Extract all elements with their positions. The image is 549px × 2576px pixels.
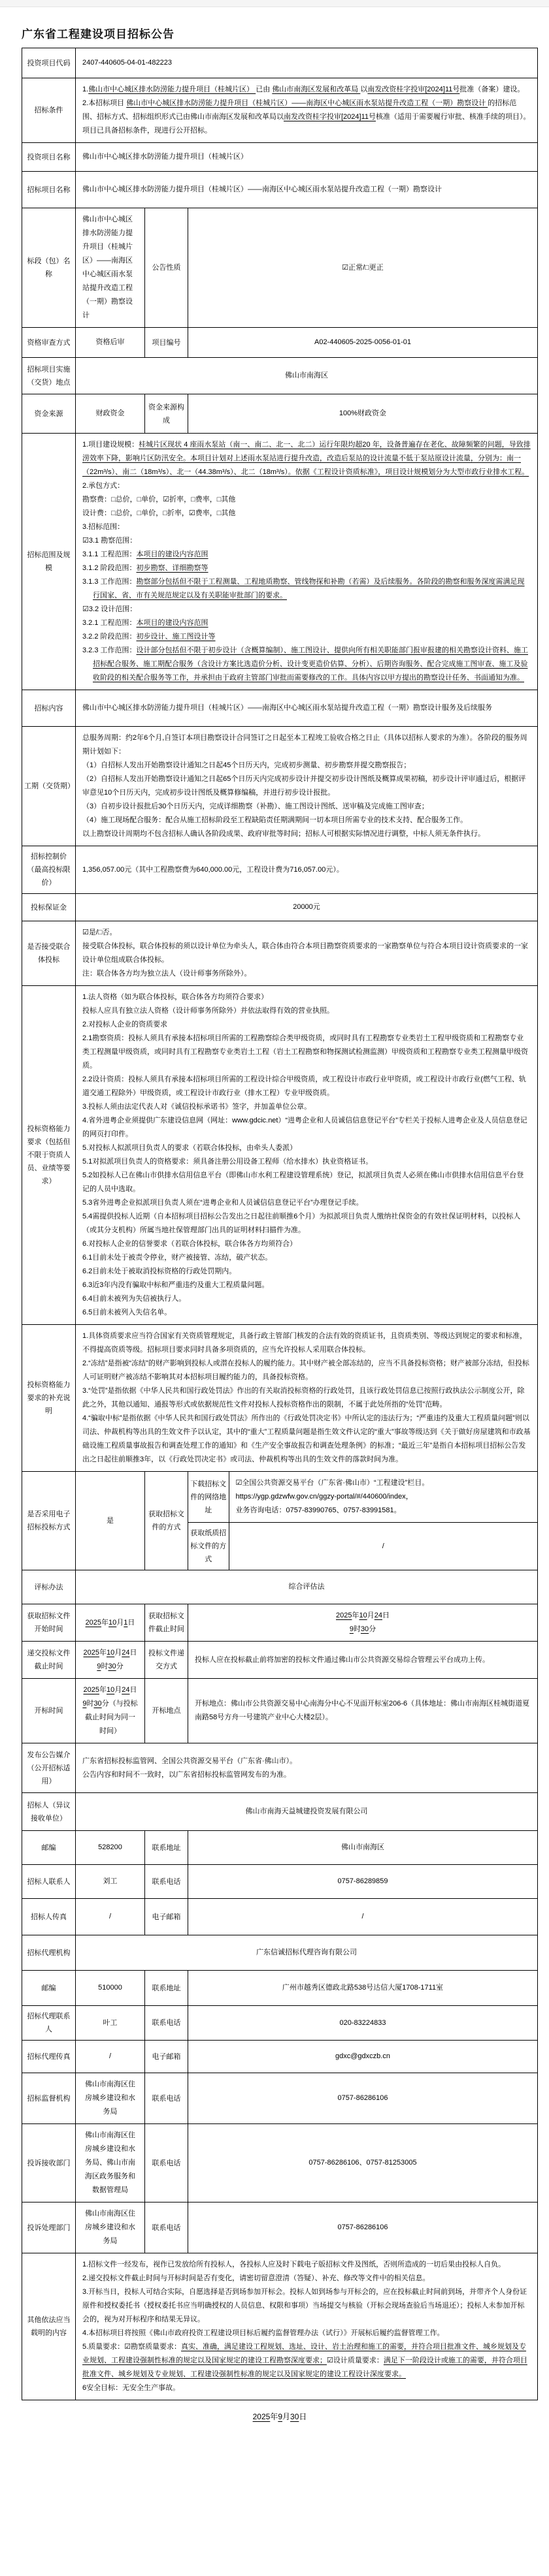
field-label: 是否采用电子招标投标方式 bbox=[22, 1472, 76, 1570]
paragraph: 3.2.3 工作范围：设计部分包括但不限于初步设计（含概算编制）、施工图设计、提… bbox=[82, 644, 531, 685]
paragraph: 6.4目前未被列为失信被执行人。 bbox=[82, 1292, 531, 1306]
inner-table: 下载招标文件的网络地址☑全国公共资源交易平台（广东省·佛山市）“工程建设”栏目。… bbox=[188, 1472, 537, 1570]
paragraph: 5.1对拟派项目负责人的资格要求：须具备注册公用设备工程师（给水排水）执业资格证… bbox=[82, 1155, 531, 1169]
field-label: 投诉处理部门 bbox=[22, 2202, 76, 2253]
field-label: 发布公告媒介（公开招标适用） bbox=[22, 1743, 76, 1793]
field-value: 1.法人资格（如为联合体投标，联合体各方均须符合要求）投标人应具有独立法人资格（… bbox=[76, 986, 538, 1325]
row-bid-bond: 投标保证金20000元 bbox=[22, 894, 538, 921]
paragraph: 4.本招标项目将按照《佛山市政府投资工程建设项目标后履约监督管理办法（试行）》开… bbox=[82, 2327, 531, 2340]
paragraph: 2.递交投标文件截止时间与开标时间是否有变化，请密切留意澄清（答疑）、补充、修改… bbox=[82, 2272, 531, 2285]
paragraph: 3.招标范围： bbox=[82, 520, 531, 534]
field-value: 020-83224833 bbox=[188, 2006, 538, 2041]
field-value: ☑正常/□更正 bbox=[188, 208, 538, 328]
field-value: 1.招标文件一经发布，视作已发放给所有投标人，各投标人应及时下载电子版招标文件及… bbox=[76, 2253, 538, 2400]
field-value: ☑是/□否。接受联合体投标，联合体投标的须以设计单位为牵头人，联合体由符合本项目… bbox=[76, 921, 538, 986]
paragraph: 5.3省外进粤企业拟派项目负责人须在“进粤企业和人员诚信信息登记平台”办理登记手… bbox=[82, 1196, 531, 1210]
field-value: 佛山市南海区 bbox=[76, 358, 538, 394]
paragraph: 2.对投标人企业的资质要求 bbox=[82, 1018, 531, 1032]
field-value: 是 bbox=[76, 1472, 145, 1570]
field-value: 总服务周期：约2年6个月,自签订本项目勘察设计合同签订之日起至本工程竣工验收合格… bbox=[76, 727, 538, 846]
field-value: ☑全国公共资源交易平台（广东省·佛山市）“工程建设”栏目。https://ygp… bbox=[229, 1472, 537, 1523]
field-value: 开标地点：佛山市公共资源交易中心南海分中心不见面开标室206-6（具体地址：佛山… bbox=[188, 1679, 538, 1743]
paragraph: 6.5目前未被列入失信名单。 bbox=[82, 1306, 531, 1320]
field-label: 获取纸质招标文件的方式 bbox=[188, 1523, 229, 1570]
field-value: 叶工 bbox=[76, 2006, 145, 2041]
paragraph: 资格后审 bbox=[82, 336, 138, 349]
paragraph: 设计费：□总价，□单价，□折率，☑费率，□其他 bbox=[82, 507, 531, 520]
paragraph: 2.1勘察资质：投标人须具有承接本招标项目所需的工程勘察综合类甲级资质，或同时具… bbox=[82, 1032, 531, 1073]
row-qualification-supplement: 投标资格能力要求的补充说明1.具体资质要求应当符合国家有关资质管理规定，具备行政… bbox=[22, 1325, 538, 1472]
field-label: 邮编 bbox=[22, 1971, 76, 2006]
paragraph: gdxc@gdxczb.cn bbox=[195, 2050, 531, 2063]
paragraph: 广东信诚招标代理咨询有限公司 bbox=[82, 1946, 531, 1960]
field-value: 佛山市中心城区排水防涝能力提升项目（桂城片区）——南海区中心城区雨水泵站提升改造… bbox=[76, 690, 538, 727]
field-label: 招标代理联系人 bbox=[22, 2006, 76, 2041]
paragraph: 广州市越秀区德政北路538号达信大厦1708-1711室 bbox=[195, 1981, 531, 1995]
field-value: 佛山市中心城区排水防涝能力提升项目（桂城片区） bbox=[76, 143, 538, 172]
row-tender-project-name: 招标项目名称佛山市中心城区排水防涝能力提升项目（桂城片区）——南海区中心城区雨水… bbox=[22, 172, 538, 208]
field-label: 招标项目实施（交货）地点 bbox=[22, 358, 76, 394]
paragraph: / bbox=[82, 2050, 138, 2063]
paragraph: / bbox=[236, 1540, 531, 1553]
paragraph: 6安全目标：无安全生产事故。 bbox=[82, 2381, 531, 2395]
row-qualification-requirements: 投标资格能力要求（包括但不限于资质人员、业绩等要求）1.法人资格（如为联合体投标… bbox=[22, 986, 538, 1325]
field-value: 528200 bbox=[76, 1831, 145, 1865]
paragraph: 100%财政资金 bbox=[195, 407, 531, 421]
field-value: 综合评估法 bbox=[76, 1570, 538, 1604]
field-value: 佛山市南海区 bbox=[188, 1831, 538, 1865]
field-value: 广东信诚招标代理咨询有限公司 bbox=[76, 1935, 538, 1971]
field-value: 2025年10月24日9时30分（与投标截止时间为同一时间） bbox=[76, 1679, 145, 1743]
paragraph: 9时30分 bbox=[195, 1623, 531, 1636]
field-label: 投诉接收部门 bbox=[22, 2124, 76, 2202]
paragraph: 投标人应具有独立法人资格（设计师事务所除外）并依法取得有效的营业执照。 bbox=[82, 1004, 531, 1018]
paragraph: 2.“冻结”是指被“冻结”的财产影响到投标人或潜在投标人的履约能力。其中财产被全… bbox=[82, 1357, 531, 1384]
paragraph: 5.4需提供投标人近期（自本招标项目招标公告发出之日起往前顺推6个月）为拟派项目… bbox=[82, 1210, 531, 1237]
field-label: 招标内容 bbox=[22, 690, 76, 727]
field-label: 投资项目名称 bbox=[22, 143, 76, 172]
field-label: 招标监督机构 bbox=[22, 2073, 76, 2124]
paragraph: 刘工 bbox=[82, 1875, 138, 1888]
field-label: 递交投标文件截止时间 bbox=[22, 1642, 76, 1679]
field-label: 电子邮箱 bbox=[145, 2041, 188, 2073]
paragraph: 佛山市中心城区排水防涝能力提升项目（桂城片区）——南海区中心城区雨水泵站提升改造… bbox=[82, 701, 531, 715]
field-value: 1.项目建设规模：桂城片区现状 4 座雨水泵站（南一、南二、北一、北二）运行年限… bbox=[76, 434, 538, 690]
paragraph: 1,356,057.00元（其中工程勘察费为640,000.00元，工程设计费为… bbox=[82, 863, 531, 877]
paragraph: （4）施工现场配合服务：配合从施工招标阶段至工程缺陷责任期满期间一切本项目所需专… bbox=[82, 814, 531, 827]
paragraph: 投标人应在投标截止前将加密的投标文件通过佛山市公共资源交易综合管理云平台成功上传… bbox=[195, 1653, 531, 1667]
paragraph: 1.项目建设规模：桂城片区现状 4 座雨水泵站（南一、南二、北一、北二）运行年限… bbox=[82, 438, 531, 479]
paragraph: 以上勘察设计周期均不包含招标人确认各阶段成果、政府审批等时间；招标人可根据实际情… bbox=[82, 827, 531, 841]
paragraph: 叶工 bbox=[82, 2016, 138, 2030]
paragraph: 9时30分 bbox=[82, 1660, 138, 1674]
paragraph: 接受联合体投标，联合体投标的须以设计单位为牵头人，联合体由符合本项目勘察资质要求… bbox=[82, 940, 531, 967]
paragraph: 是 bbox=[82, 1514, 138, 1528]
field-label: 电子邮箱 bbox=[145, 1899, 188, 1935]
row-tenderer-postcode: 邮编528200联系地址佛山市南海区 bbox=[22, 1831, 538, 1865]
field-value: 2407-440605-04-01-482223 bbox=[76, 48, 538, 78]
paragraph: https://ygp.gdzwfw.gov.cn/ggzy-portal/#/… bbox=[236, 1490, 531, 1504]
paragraph: 6.3近3年内没有骗取中标和严重违约及重大工程质量问题。 bbox=[82, 1279, 531, 1292]
paragraph: 2025年10月24日 bbox=[82, 1646, 138, 1660]
paragraph: 510000 bbox=[82, 1981, 138, 1995]
field-label: 联系地址 bbox=[145, 1831, 188, 1865]
row-tenderer-contact: 招标人联系人刘工联系电话0757-86289859 bbox=[22, 1865, 538, 1899]
paragraph: 3.2.2 阶段范围：初步设计、施工图设计等 bbox=[82, 630, 531, 644]
paragraph: 3.1.2 阶段范围：初步勘察、详细勘察等 bbox=[82, 562, 531, 575]
field-value: / bbox=[76, 1899, 145, 1935]
field-value: 广州市越秀区德政北路538号达信大厦1708-1711室 bbox=[188, 1971, 538, 2006]
paragraph: 佛山市南海区住房城乡建设和水务局 bbox=[82, 2207, 138, 2248]
paragraph: ☑3.1 勘察范围： bbox=[82, 534, 531, 548]
field-value: 1,356,057.00元（其中工程勘察费为640,000.00元，工程设计费为… bbox=[76, 846, 538, 894]
field-label: 邮编 bbox=[22, 1831, 76, 1865]
paragraph: 5.对投标人拟派项目负责人的要求（若联合体投标，由牵头人委派） bbox=[82, 1141, 531, 1155]
paragraph: 综合评估法 bbox=[82, 1580, 531, 1594]
row-evaluation-method: 评标办法综合评估法 bbox=[22, 1570, 538, 1604]
field-label: 招标条件 bbox=[22, 78, 76, 143]
field-label: 联系电话 bbox=[145, 1865, 188, 1899]
paragraph: 2025年10月24日 bbox=[82, 1683, 138, 1697]
paragraph: 佛山市中心城区排水防涝能力提升项目（桂城片区）——南海区中心城区雨水泵站提升改造… bbox=[82, 183, 531, 197]
paragraph: 0757-86286106 bbox=[195, 2091, 531, 2105]
field-value: 广东省招标投标监管网、全国公共资源交易平台（广东省·佛山市）。公告内容和时间不一… bbox=[76, 1743, 538, 1793]
field-label: 获取招标文件截止时间 bbox=[145, 1604, 188, 1642]
page-title: 广东省工程建设项目招标公告 bbox=[22, 25, 549, 41]
row-supervision: 招标监督机构佛山市南海区住房城乡建设和水务局联系电话0757-86286106 bbox=[22, 2073, 538, 2124]
paragraph: 佛山市中心城区排水防涝能力提升项目（桂城片区） bbox=[82, 150, 531, 164]
field-label: 公告性质 bbox=[145, 208, 188, 328]
paragraph: 佛山市南海区 bbox=[195, 1841, 531, 1854]
paragraph: 佛山市南海区 bbox=[82, 369, 531, 383]
paragraph: / bbox=[82, 1910, 138, 1924]
field-label: 联系电话 bbox=[145, 2124, 188, 2202]
field-label: 资格审查方式 bbox=[22, 328, 76, 358]
paragraph: 勘察费：□总价，□单价，☑折率，□费率，□其他 bbox=[82, 493, 531, 507]
field-label: 招标控制价（最高投标限价） bbox=[22, 846, 76, 894]
paragraph: 1.佛山市中心城区排水防涝能力提升项目（桂城片区） 已由 佛山市南海区发展和改革… bbox=[82, 83, 531, 97]
field-value: 资格后审 bbox=[76, 328, 145, 358]
paragraph: 3.1.3 工作范围：勘察部分包括但不限于工程测量、工程地质勘察、管线物探和补勘… bbox=[82, 575, 531, 603]
paragraph: 2.2设计资质：投标人须具有承接本招标项目所需的工程设计综合甲级资质，或工程设计… bbox=[82, 1073, 531, 1100]
row-tender-conditions: 招标条件1.佛山市中心城区排水防涝能力提升项目（桂城片区） 已由 佛山市南海区发… bbox=[22, 78, 538, 143]
field-label: 投标保证金 bbox=[22, 894, 76, 921]
field-label: 招标代理机构 bbox=[22, 1935, 76, 1971]
paragraph: 佛山市南海区住房城乡建设和水务局、佛山市南海区政务服务和数据管理局 bbox=[82, 2129, 138, 2197]
field-label: 项目编号 bbox=[145, 328, 188, 358]
field-value: 刘工 bbox=[76, 1865, 145, 1899]
field-value: A02-440605-2025-0056-01-01 bbox=[188, 328, 538, 358]
row-delivery-location: 招标项目实施（交货）地点佛山市南海区 bbox=[22, 358, 538, 394]
field-value: / bbox=[76, 2041, 145, 2073]
field-value: / bbox=[229, 1523, 537, 1570]
field-label: 开标地点 bbox=[145, 1679, 188, 1743]
field-label: 评标办法 bbox=[22, 1570, 76, 1604]
field-label: 联系电话 bbox=[145, 2073, 188, 2124]
field-label: 招标人联系人 bbox=[22, 1865, 76, 1899]
field-value: 财政资金 bbox=[76, 394, 145, 434]
paragraph: ☑3.2 设计范围： bbox=[82, 603, 531, 616]
paragraph: 注：联合体各方均为独立法人（设计师事务所除外）。 bbox=[82, 967, 531, 981]
field-label: 下载招标文件的网络地址 bbox=[188, 1472, 229, 1523]
field-value: 2025年10月1日 bbox=[76, 1604, 145, 1642]
paragraph: 1.法人资格（如为联合体投标，联合体各方均须符合要求） bbox=[82, 991, 531, 1004]
paragraph: 0757-86286106、0757-81253005 bbox=[195, 2156, 531, 2170]
field-label: 资金来源 bbox=[22, 394, 76, 434]
paragraph: ☑是/□否。 bbox=[82, 926, 531, 940]
field-label: 招标人（异议接收单位） bbox=[22, 1793, 76, 1831]
paragraph: 1.招标文件一经发布，视作已发放给所有投标人，各投标人应及时下载电子版招标文件及… bbox=[82, 2258, 531, 2272]
paragraph: 财政资金 bbox=[82, 407, 138, 421]
row-consortium: 是否接受联合体投标☑是/□否。接受联合体投标，联合体投标的须以设计单位为牵头人，… bbox=[22, 921, 538, 986]
row-agency: 招标代理机构广东信诚招标代理咨询有限公司 bbox=[22, 1935, 538, 1971]
paragraph: 3.“处罚”是指依据《中华人民共和国行政处罚法》作出的有关取消投标资格的行政处罚… bbox=[82, 1384, 531, 1412]
field-value: 佛山市南海天益城建投资发展有限公司 bbox=[76, 1793, 538, 1831]
paragraph: 2.承包方式： bbox=[82, 479, 531, 493]
field-value: 佛山市南海区住房城乡建设和水务局 bbox=[76, 2202, 145, 2253]
field-label: 工期（交货期） bbox=[22, 727, 76, 846]
paragraph: （3）自初步设计报批后30个日历天内，完成详细勘察（补勘）、施工图设计图纸、送审… bbox=[82, 800, 531, 814]
paragraph: 佛山市中心城区排水防涝能力提升项目（桂城片区）——南海区中心城区雨水泵站提升改造… bbox=[82, 213, 138, 323]
paragraph: 3.2.1 工程范围：本项目的建设内容范围 bbox=[82, 616, 531, 630]
field-value: / bbox=[188, 1899, 538, 1935]
field-value: 佛山市中心城区排水防涝能力提升项目（桂城片区）——南海区中心城区雨水泵站提升改造… bbox=[76, 208, 145, 328]
paragraph: ☑全国公共资源交易平台（广东省·佛山市）“工程建设”栏目。 bbox=[236, 1476, 531, 1490]
field-value: 510000 bbox=[76, 1971, 145, 2006]
paragraph: 0757-86286106 bbox=[195, 2221, 531, 2234]
field-label: 联系地址 bbox=[145, 1971, 188, 2006]
paragraph: （2）自招标人发出开始勘察设计通知之日起65个日历天内完成初步设计并提交初步设计… bbox=[82, 772, 531, 800]
field-value: 20000元 bbox=[76, 894, 538, 921]
paragraph: 5.2如投标人已在佛山市供排水信用信息平台（即佛山市水利工程建设管理系统）登记，… bbox=[82, 1169, 531, 1196]
paragraph: 020-83224833 bbox=[195, 2016, 531, 2030]
row-bid-opening: 开标时间2025年10月24日9时30分（与投标截止时间为同一时间）开标地点开标… bbox=[22, 1679, 538, 1743]
row-tenderer-fax: 招标人传真/电子邮箱/ bbox=[22, 1899, 538, 1935]
field-label: 招标代理传真 bbox=[22, 2041, 76, 2073]
row-agency-postcode: 邮编510000联系地址广州市越秀区德政北路538号达信大厦1708-1711室 bbox=[22, 1971, 538, 2006]
row-control-price: 招标控制价（最高投标限价）1,356,057.00元（其中工程勘察费为640,0… bbox=[22, 846, 538, 894]
field-label: 招标范围及规模 bbox=[22, 434, 76, 690]
paragraph: 5.质量要求：☑勘察质量要求：真实、准确，满足建设工程规划、选址、设计、岩土治理… bbox=[82, 2340, 531, 2381]
paragraph: 2.本招标项目 佛山市中心城区排水防涝能力提升项目（桂城片区）——南海区中心城区… bbox=[82, 97, 531, 138]
row-tenderer: 招标人（异议接收单位）佛山市南海天益城建投资发展有限公司 bbox=[22, 1793, 538, 1831]
paragraph: 4.“骗取中标”是指依据《中华人民共和国行政处罚法》所作出的《行政处罚决定书》中… bbox=[82, 1412, 531, 1467]
paragraph: 总服务周期：约2年6个月,自签订本项目勘察设计合同签订之日起至本工程竣工验收合格… bbox=[82, 731, 531, 759]
publish-date: 2025年9月30日 bbox=[22, 2409, 538, 2440]
row-section-package: 标段（包）名称佛山市中心城区排水防涝能力提升项目（桂城片区）——南海区中心城区雨… bbox=[22, 208, 538, 328]
field-label: 资金来源构成 bbox=[145, 394, 188, 434]
paragraph: 公告内容和时间不一致时，以广东省招标投标监管网发布的为准。 bbox=[82, 1768, 531, 1782]
nested-cell: 下载招标文件的网络地址☑全国公共资源交易平台（广东省·佛山市）“工程建设”栏目。… bbox=[188, 1472, 538, 1570]
field-value: 0757-86286106 bbox=[188, 2202, 538, 2253]
row-bid-submit-deadline: 递交投标文件截止时间2025年10月24日9时30分投标文件递交方式投标人应在投… bbox=[22, 1642, 538, 1679]
row-electronic-bidding: 是否采用电子招标投标方式是获取招标文件的方式下载招标文件的网络地址☑全国公共资源… bbox=[22, 1472, 538, 1570]
announcement-table: 投资项目代码2407-440605-04-01-482223招标条件1.佛山市中… bbox=[22, 48, 538, 2400]
field-label: 招标项目名称 bbox=[22, 172, 76, 208]
announcement-table-body: 投资项目代码2407-440605-04-01-482223招标条件1.佛山市中… bbox=[22, 48, 538, 2400]
paragraph: 广东省招标投标监管网、全国公共资源交易平台（广东省·佛山市）。 bbox=[82, 1755, 531, 1768]
field-label: 投标文件递交方式 bbox=[145, 1642, 188, 1679]
field-value: 佛山市中心城区排水防涝能力提升项目（桂城片区）——南海区中心城区雨水泵站提升改造… bbox=[76, 172, 538, 208]
field-value: 2025年10月24日9时30分 bbox=[188, 1604, 538, 1642]
paragraph: / bbox=[195, 1910, 531, 1924]
paragraph: 佛山市南海天益城建投资发展有限公司 bbox=[82, 1805, 531, 1819]
row-agency-fax: 招标代理传真/电子邮箱gdxc@gdxczb.cn bbox=[22, 2041, 538, 2073]
field-label: 开标时间 bbox=[22, 1679, 76, 1743]
field-label: 联系电话 bbox=[145, 2202, 188, 2253]
row-qualification-review: 资格审查方式资格后审项目编号A02-440605-2025-0056-01-01 bbox=[22, 328, 538, 358]
paragraph: 0757-86289859 bbox=[195, 1875, 531, 1888]
field-value: 100%财政资金 bbox=[188, 394, 538, 434]
paragraph: 佛山市南海区住房城乡建设和水务局 bbox=[82, 2078, 138, 2119]
paragraph: 6.对投标人企业的信誉要求（若联合体投标，联合体各方均须符合） bbox=[82, 1237, 531, 1251]
field-value: 0757-86286106、0757-81253005 bbox=[188, 2124, 538, 2202]
paragraph: 3.开标当日，投标人可结合实际，自愿选择是否到场参加开标会。投标人如到场参与开标… bbox=[82, 2285, 531, 2327]
row-investment-project-name: 投资项目名称佛山市中心城区排水防涝能力提升项目（桂城片区） bbox=[22, 143, 538, 172]
paragraph: 业务咨询电话：0757-83990765、0757-83991581。 bbox=[236, 1504, 531, 1518]
paragraph: 3.1.1 工程范围：本项目的建设内容范围 bbox=[82, 548, 531, 562]
field-value: 投标人应在投标截止前将加密的投标文件通过佛山市公共资源交易综合管理云平台成功上传… bbox=[188, 1642, 538, 1679]
page-top-strip bbox=[0, 0, 549, 7]
paragraph: 9时30分（与投标截止时间为同一时间） bbox=[82, 1697, 138, 1738]
field-value: 1.佛山市中心城区排水防涝能力提升项目（桂城片区） 已由 佛山市南海区发展和改革… bbox=[76, 78, 538, 143]
paragraph: 6.2目前未处于被取消投标资格的行政处罚期内。 bbox=[82, 1265, 531, 1279]
field-label: 投标资格能力要求（包括但不限于资质人员、业绩等要求） bbox=[22, 986, 76, 1325]
row-other-contents: 其他依法应当载明的内容1.招标文件一经发布，视作已发放给所有投标人，各投标人应及… bbox=[22, 2253, 538, 2400]
field-value: 0757-86289859 bbox=[188, 1865, 538, 1899]
inner-row: 下载招标文件的网络地址☑全国公共资源交易平台（广东省·佛山市）“工程建设”栏目。… bbox=[188, 1472, 537, 1523]
field-label: 联系电话 bbox=[145, 2006, 188, 2041]
paragraph: 20000元 bbox=[82, 900, 531, 914]
row-agency-contact: 招标代理联系人叶工联系电话020-83224833 bbox=[22, 2006, 538, 2041]
row-complaint-handling: 投诉处理部门佛山市南海区住房城乡建设和水务局联系电话0757-86286106 bbox=[22, 2202, 538, 2253]
field-label: 是否接受联合体投标 bbox=[22, 921, 76, 986]
row-complaint-receiving: 投诉接收部门佛山市南海区住房城乡建设和水务局、佛山市南海区政务服务和数据管理局联… bbox=[22, 2124, 538, 2202]
field-label: 投资项目代码 bbox=[22, 48, 76, 78]
field-label: 获取招标文件开始时间 bbox=[22, 1604, 76, 1642]
paragraph: ☑正常/□更正 bbox=[195, 261, 531, 275]
field-value: gdxc@gdxczb.cn bbox=[188, 2041, 538, 2073]
paragraph: 2025年10月24日 bbox=[195, 1609, 531, 1623]
field-value: 0757-86286106 bbox=[188, 2073, 538, 2124]
paragraph: 1.具体资质要求应当符合国家有关资质管理规定，具备行政主管部门核发的合法有效的资… bbox=[82, 1329, 531, 1357]
paragraph: 开标地点：佛山市公共资源交易中心南海分中心不见面开标室206-6（具体地址：佛山… bbox=[195, 1697, 531, 1725]
field-value: 佛山市南海区住房城乡建设和水务局、佛山市南海区政务服务和数据管理局 bbox=[76, 2124, 145, 2202]
field-label: 投标资格能力要求的补充说明 bbox=[22, 1325, 76, 1472]
row-investment-project-code: 投资项目代码2407-440605-04-01-482223 bbox=[22, 48, 538, 78]
row-doc-obtain-time: 获取招标文件开始时间2025年10月1日获取招标文件截止时间2025年10月24… bbox=[22, 1604, 538, 1642]
row-announcement-media: 发布公告媒介（公开招标适用）广东省招标投标监管网、全国公共资源交易平台（广东省·… bbox=[22, 1743, 538, 1793]
paragraph: 3.投标人须由法定代表人对《诚信投标承诺书》签字，并加盖单位公章。 bbox=[82, 1100, 531, 1114]
row-funding-source: 资金来源财政资金资金来源构成100%财政资金 bbox=[22, 394, 538, 434]
field-label: 招标人传真 bbox=[22, 1899, 76, 1935]
row-duration: 工期（交货期）总服务周期：约2年6个月,自签订本项目勘察设计合同签订之日起至本工… bbox=[22, 727, 538, 846]
field-value: 2025年10月24日9时30分 bbox=[76, 1642, 145, 1679]
paragraph: 528200 bbox=[82, 1841, 138, 1854]
paragraph: 6.1目前未处于被责令停业，财产被接管、冻结，破产状态。 bbox=[82, 1251, 531, 1265]
paragraph: （1）自招标人发出开始勘察设计通知之日起45个日历天内，完成初步测量、初步勘察并… bbox=[82, 759, 531, 772]
row-scope-scale: 招标范围及规模1.项目建设规模：桂城片区现状 4 座雨水泵站（南一、南二、北一、… bbox=[22, 434, 538, 690]
field-value: 佛山市南海区住房城乡建设和水务局 bbox=[76, 2073, 145, 2124]
field-label: 其他依法应当载明的内容 bbox=[22, 2253, 76, 2400]
paragraph: 2025年10月1日 bbox=[82, 1616, 138, 1630]
field-label: 获取招标文件的方式 bbox=[145, 1472, 188, 1570]
inner-row: 获取纸质招标文件的方式/ bbox=[188, 1523, 537, 1570]
row-tender-content: 招标内容佛山市中心城区排水防涝能力提升项目（桂城片区）——南海区中心城区雨水泵站… bbox=[22, 690, 538, 727]
paragraph: A02-440605-2025-0056-01-01 bbox=[195, 336, 531, 349]
field-value: 1.具体资质要求应当符合国家有关资质管理规定，具备行政主管部门核发的合法有效的资… bbox=[76, 1325, 538, 1472]
paragraph: 4.省外进粤企业须提供广东建设信息网（网址：www.gdcic.net）“进粤企… bbox=[82, 1114, 531, 1141]
paragraph: 2407-440605-04-01-482223 bbox=[82, 56, 531, 70]
field-label: 标段（包）名称 bbox=[22, 208, 76, 328]
